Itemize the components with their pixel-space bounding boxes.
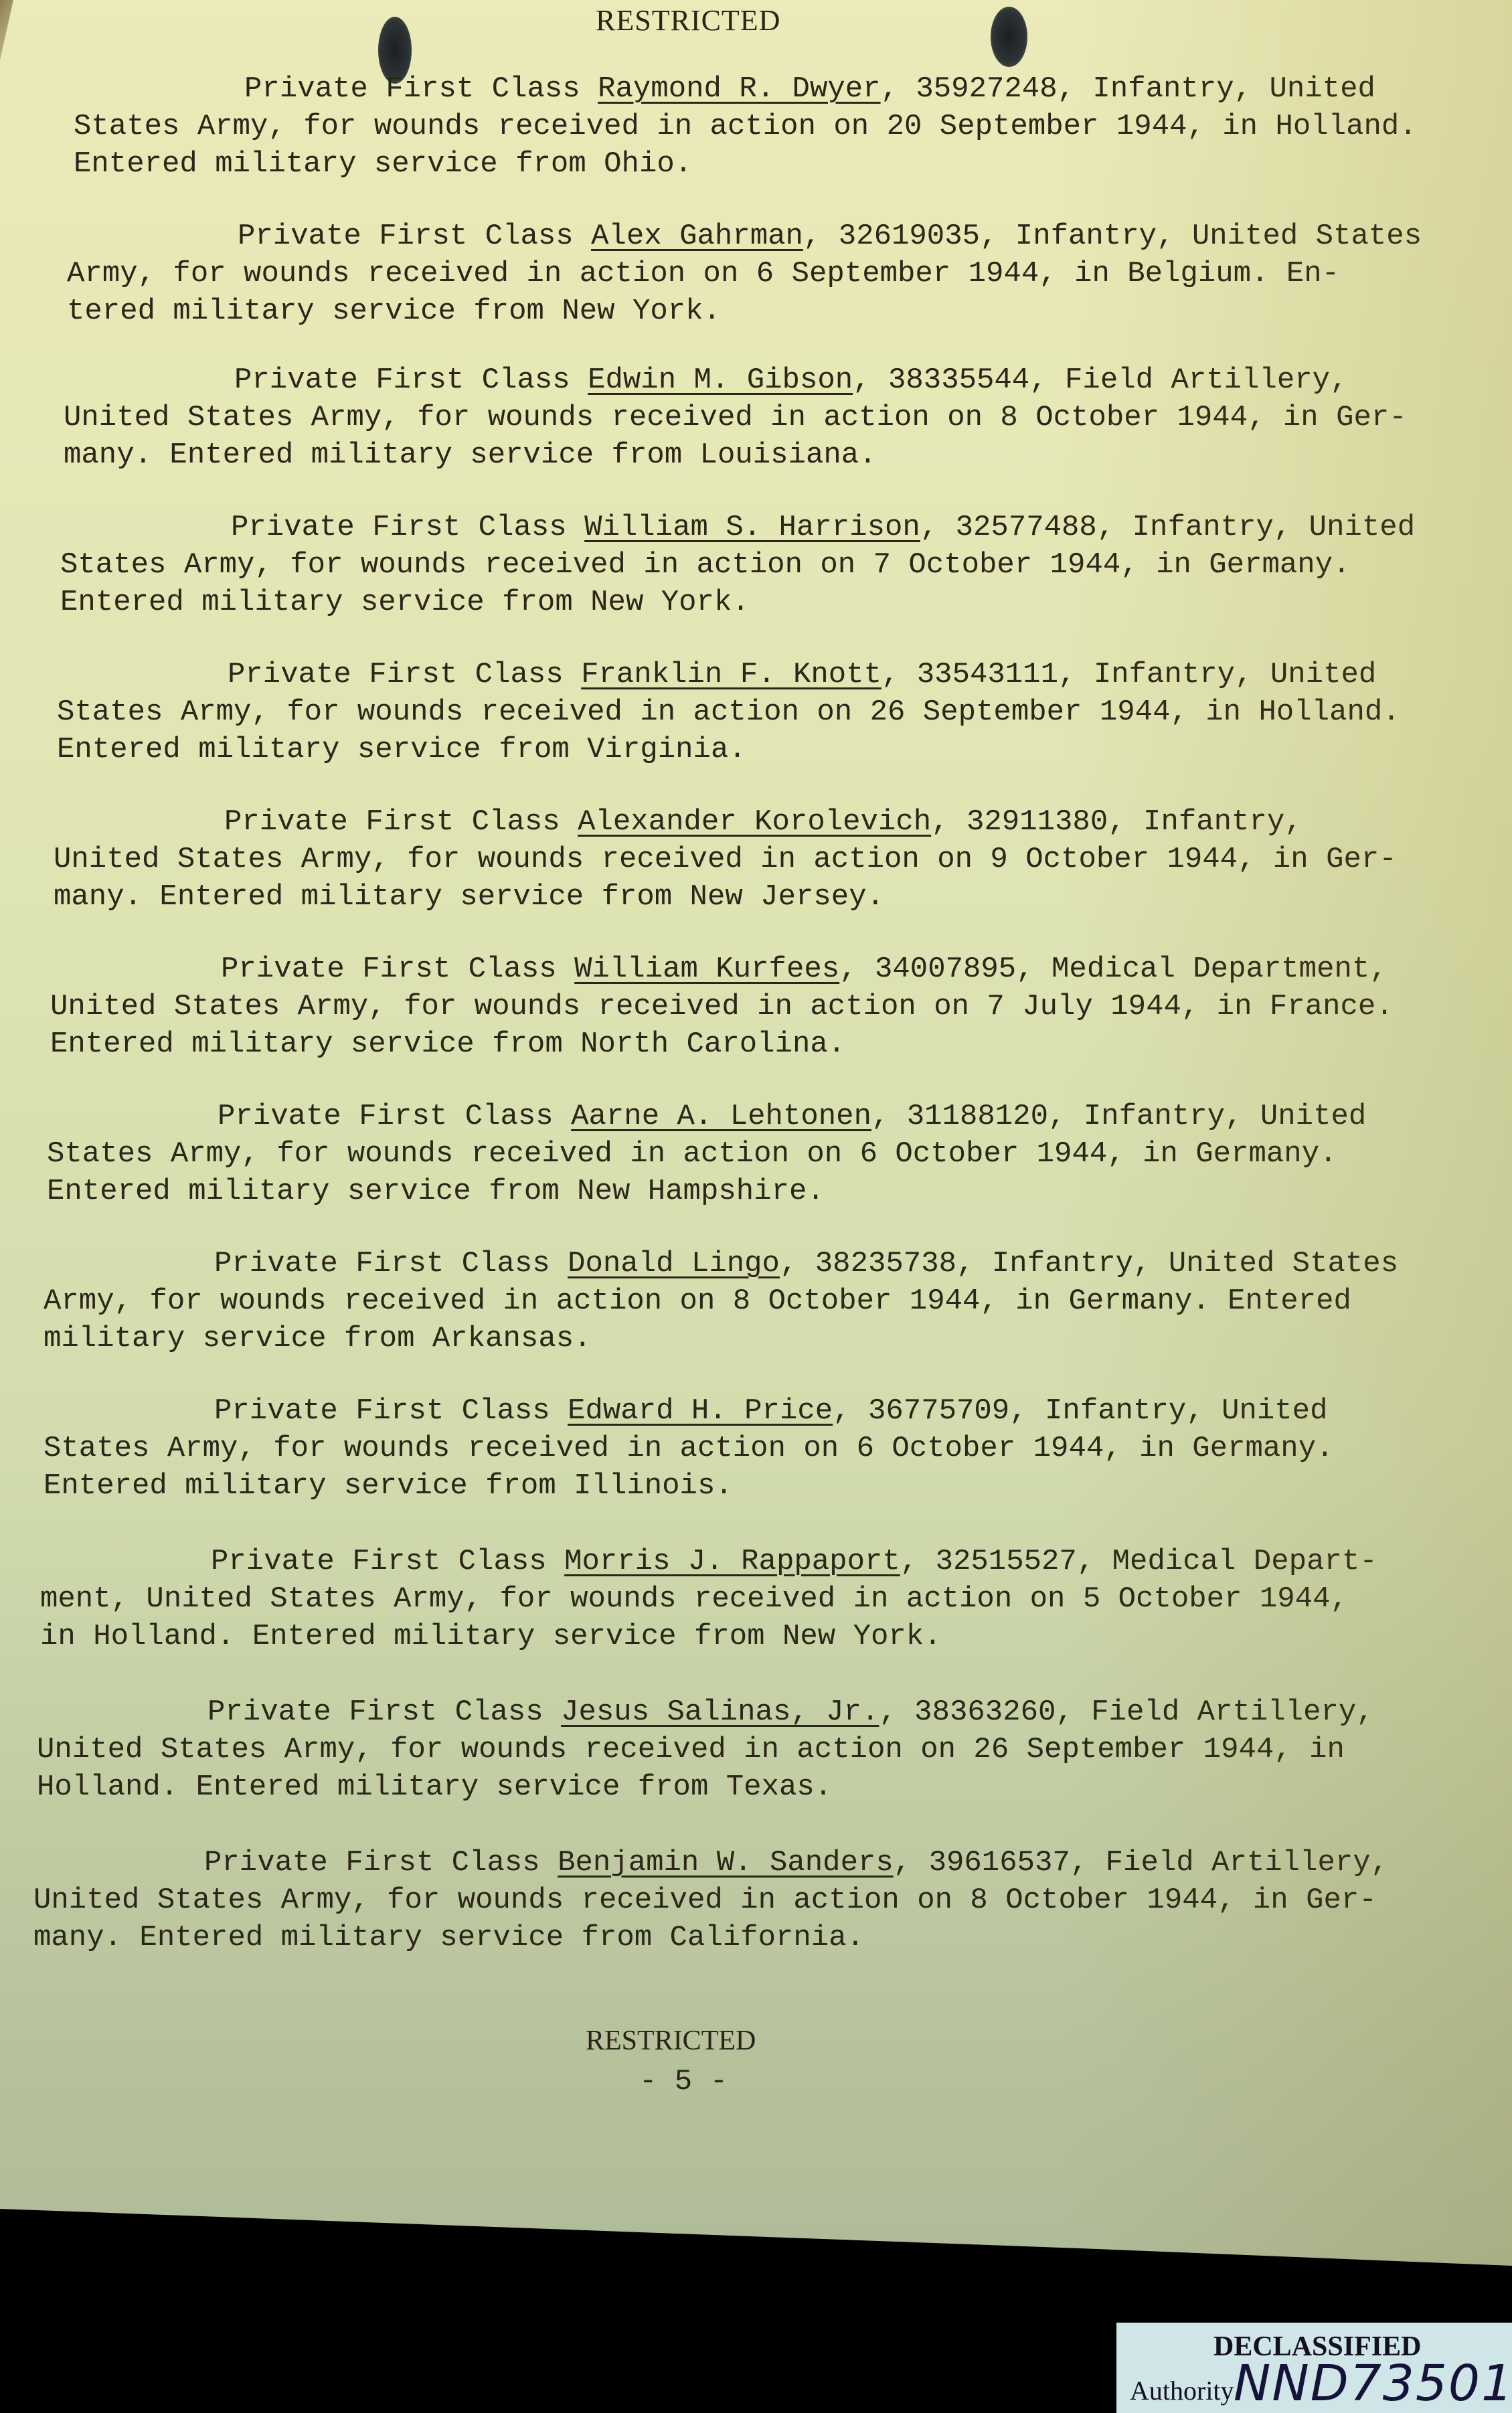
serial-and-branch: , 34007895, Medical Department, [839, 952, 1388, 986]
soldier-name: Alex Gahrman [591, 220, 803, 253]
citation-entry: Private First Class Franklin F. Knott, 3… [57, 656, 1496, 768]
rank-label: Private First Class [238, 220, 591, 253]
entry-text-line: Entered military service from Illinois. [44, 1467, 1483, 1505]
rank-label: Private First Class [231, 511, 584, 544]
soldier-name: William Kurfees [574, 952, 839, 986]
folded-corner [0, 0, 13, 60]
header-restricted-stamp: RESTRICTED [596, 3, 780, 37]
citation-entry: Private First Class Edwin M. Gibson, 383… [64, 361, 1503, 474]
serial-and-branch: , 32619035, Infantry, United States [803, 220, 1422, 253]
rank-label: Private First Class [204, 1846, 558, 1880]
citation-entry: Private First Class Aarne A. Lehtonen, 3… [47, 1098, 1486, 1210]
entry-text-line: many. Entered military service from Cali… [33, 1919, 1473, 1957]
rank-label: Private First Class [244, 72, 598, 106]
rank-label: Private First Class [214, 1247, 568, 1280]
rank-label: Private First Class [234, 363, 588, 397]
citation-entry: Private First Class Morris J. Rappaport,… [40, 1543, 1479, 1655]
citation-entry: Private First Class Alexander Korolevich… [54, 803, 1493, 916]
soldier-name: Morris J. Rappaport [564, 1545, 900, 1578]
entry-text-line: Entered military service from Virginia. [57, 731, 1496, 768]
soldier-name: Aarne A. Lehtonen [571, 1100, 871, 1133]
entry-heading-line: Private First Class Morris J. Rappaport,… [40, 1543, 1479, 1580]
serial-and-branch: , 35927248, Infantry, United [881, 72, 1375, 106]
page-number: - 5 - [639, 2065, 728, 2098]
soldier-name: Franklin F. Knott [581, 658, 881, 691]
entry-text-line: States Army, for wounds received in acti… [44, 1430, 1483, 1467]
citation-entry: Private First Class Edward H. Price, 367… [44, 1392, 1483, 1505]
entry-text-line: Holland. Entered military service from T… [37, 1768, 1476, 1806]
entry-heading-line: Private First Class William S. Harrison,… [60, 509, 1499, 546]
entry-heading-line: Private First Class Raymond R. Dwyer, 35… [74, 70, 1512, 108]
rank-label: Private First Class [218, 1100, 571, 1133]
entry-text-line: Entered military service from Ohio. [74, 145, 1512, 183]
entry-text-line: ment, United States Army, for wounds rec… [40, 1580, 1479, 1618]
entry-heading-line: Private First Class Aarne A. Lehtonen, 3… [47, 1098, 1486, 1135]
serial-and-branch: , 32515527, Medical Depart- [900, 1545, 1377, 1578]
serial-and-branch: , 38235738, Infantry, United States [780, 1247, 1398, 1280]
entry-text-line: States Army, for wounds received in acti… [47, 1135, 1486, 1173]
soldier-name: Raymond R. Dwyer [598, 72, 880, 106]
entry-heading-line: Private First Class Jesus Salinas, Jr., … [37, 1693, 1476, 1731]
serial-and-branch: , 36775709, Infantry, United [833, 1394, 1327, 1428]
serial-and-branch: , 33543111, Infantry, United [881, 658, 1376, 691]
entry-heading-line: Private First Class Edwin M. Gibson, 383… [64, 361, 1503, 399]
rank-label: Private First Class [207, 1695, 561, 1729]
soldier-name: Benjamin W. Sanders [558, 1846, 894, 1880]
authority-label: Authority [1130, 2375, 1234, 2406]
entry-text-line: Entered military service from New York. [60, 584, 1499, 621]
entry-text-line: United States Army, for wounds received … [64, 399, 1503, 436]
entry-text-line: United States Army, for wounds received … [54, 841, 1493, 878]
authority-number: NND735017 [1234, 2355, 1512, 2412]
entry-text-line: United States Army, for wounds received … [50, 988, 1489, 1025]
footer-restricted-stamp: RESTRICTED [586, 2025, 756, 2057]
punch-hole [991, 7, 1027, 67]
citation-entry: Private First Class Raymond R. Dwyer, 35… [74, 70, 1512, 183]
soldier-name: Jesus Salinas, Jr. [561, 1695, 879, 1729]
entry-text-line: Army, for wounds received in action on 8… [44, 1282, 1483, 1320]
citation-entry: Private First Class William S. Harrison,… [60, 509, 1499, 621]
entry-text-line: United States Army, for wounds received … [37, 1731, 1476, 1768]
entry-heading-line: Private First Class William Kurfees, 340… [50, 950, 1489, 988]
rank-label: Private First Class [228, 658, 581, 691]
entry-text-line: States Army, for wounds received in acti… [74, 108, 1512, 145]
citation-entry: Private First Class Jesus Salinas, Jr., … [37, 1693, 1476, 1806]
serial-and-branch: , 32577488, Infantry, United [920, 511, 1415, 544]
document-page: RESTRICTED Private First Class Raymond R… [0, 0, 1512, 2413]
serial-and-branch: , 31188120, Infantry, United [871, 1100, 1366, 1133]
entry-heading-line: Private First Class Benjamin W. Sanders,… [33, 1844, 1473, 1882]
entry-text-line: military service from Arkansas. [44, 1320, 1483, 1357]
soldier-name: Alexander Korolevich [578, 805, 931, 839]
soldier-name: Edward H. Price [568, 1394, 833, 1428]
entry-text-line: tered military service from New York. [67, 293, 1506, 330]
entry-text-line: Army, for wounds received in action on 6… [67, 255, 1506, 293]
entry-heading-line: Private First Class Alex Gahrman, 326190… [67, 218, 1506, 255]
soldier-name: Edwin M. Gibson [588, 363, 853, 397]
entry-heading-line: Private First Class Edward H. Price, 367… [44, 1392, 1483, 1430]
rank-label: Private First Class [224, 805, 578, 839]
entry-text-line: United States Army, for wounds received … [33, 1882, 1473, 1919]
entry-heading-line: Private First Class Franklin F. Knott, 3… [57, 656, 1496, 693]
entry-text-line: many. Entered military service from New … [54, 878, 1493, 916]
rank-label: Private First Class [214, 1394, 568, 1428]
serial-and-branch: , 38335544, Field Artillery, [853, 363, 1347, 397]
entry-heading-line: Private First Class Alexander Korolevich… [54, 803, 1493, 841]
rank-label: Private First Class [221, 952, 574, 986]
serial-and-branch: , 32911380, Infantry, [931, 805, 1303, 839]
serial-and-branch: , 39616537, Field Artillery, [894, 1846, 1388, 1880]
soldier-name: William S. Harrison [584, 511, 920, 544]
entry-heading-line: Private First Class Donald Lingo, 382357… [44, 1245, 1483, 1282]
entry-text-line: Entered military service from New Hampsh… [47, 1173, 1486, 1210]
entry-text-line: Entered military service from North Caro… [50, 1025, 1489, 1063]
entry-text-line: States Army, for wounds received in acti… [60, 546, 1499, 584]
declassified-stamp: DECLASSIFIED Authority NND735017 [1098, 2323, 1512, 2413]
citation-entry: Private First Class Benjamin W. Sanders,… [33, 1844, 1473, 1957]
entry-text-line: in Holland. Entered military service fro… [40, 1618, 1479, 1655]
serial-and-branch: , 38363260, Field Artillery, [879, 1695, 1373, 1729]
entry-text-line: States Army, for wounds received in acti… [57, 693, 1496, 731]
citation-entry: Private First Class Alex Gahrman, 326190… [67, 218, 1506, 330]
citation-entry: Private First Class William Kurfees, 340… [50, 950, 1489, 1063]
entry-text-line: many. Entered military service from Loui… [64, 436, 1503, 474]
rank-label: Private First Class [211, 1545, 564, 1578]
soldier-name: Donald Lingo [568, 1247, 780, 1280]
citation-entry: Private First Class Donald Lingo, 382357… [44, 1245, 1483, 1357]
